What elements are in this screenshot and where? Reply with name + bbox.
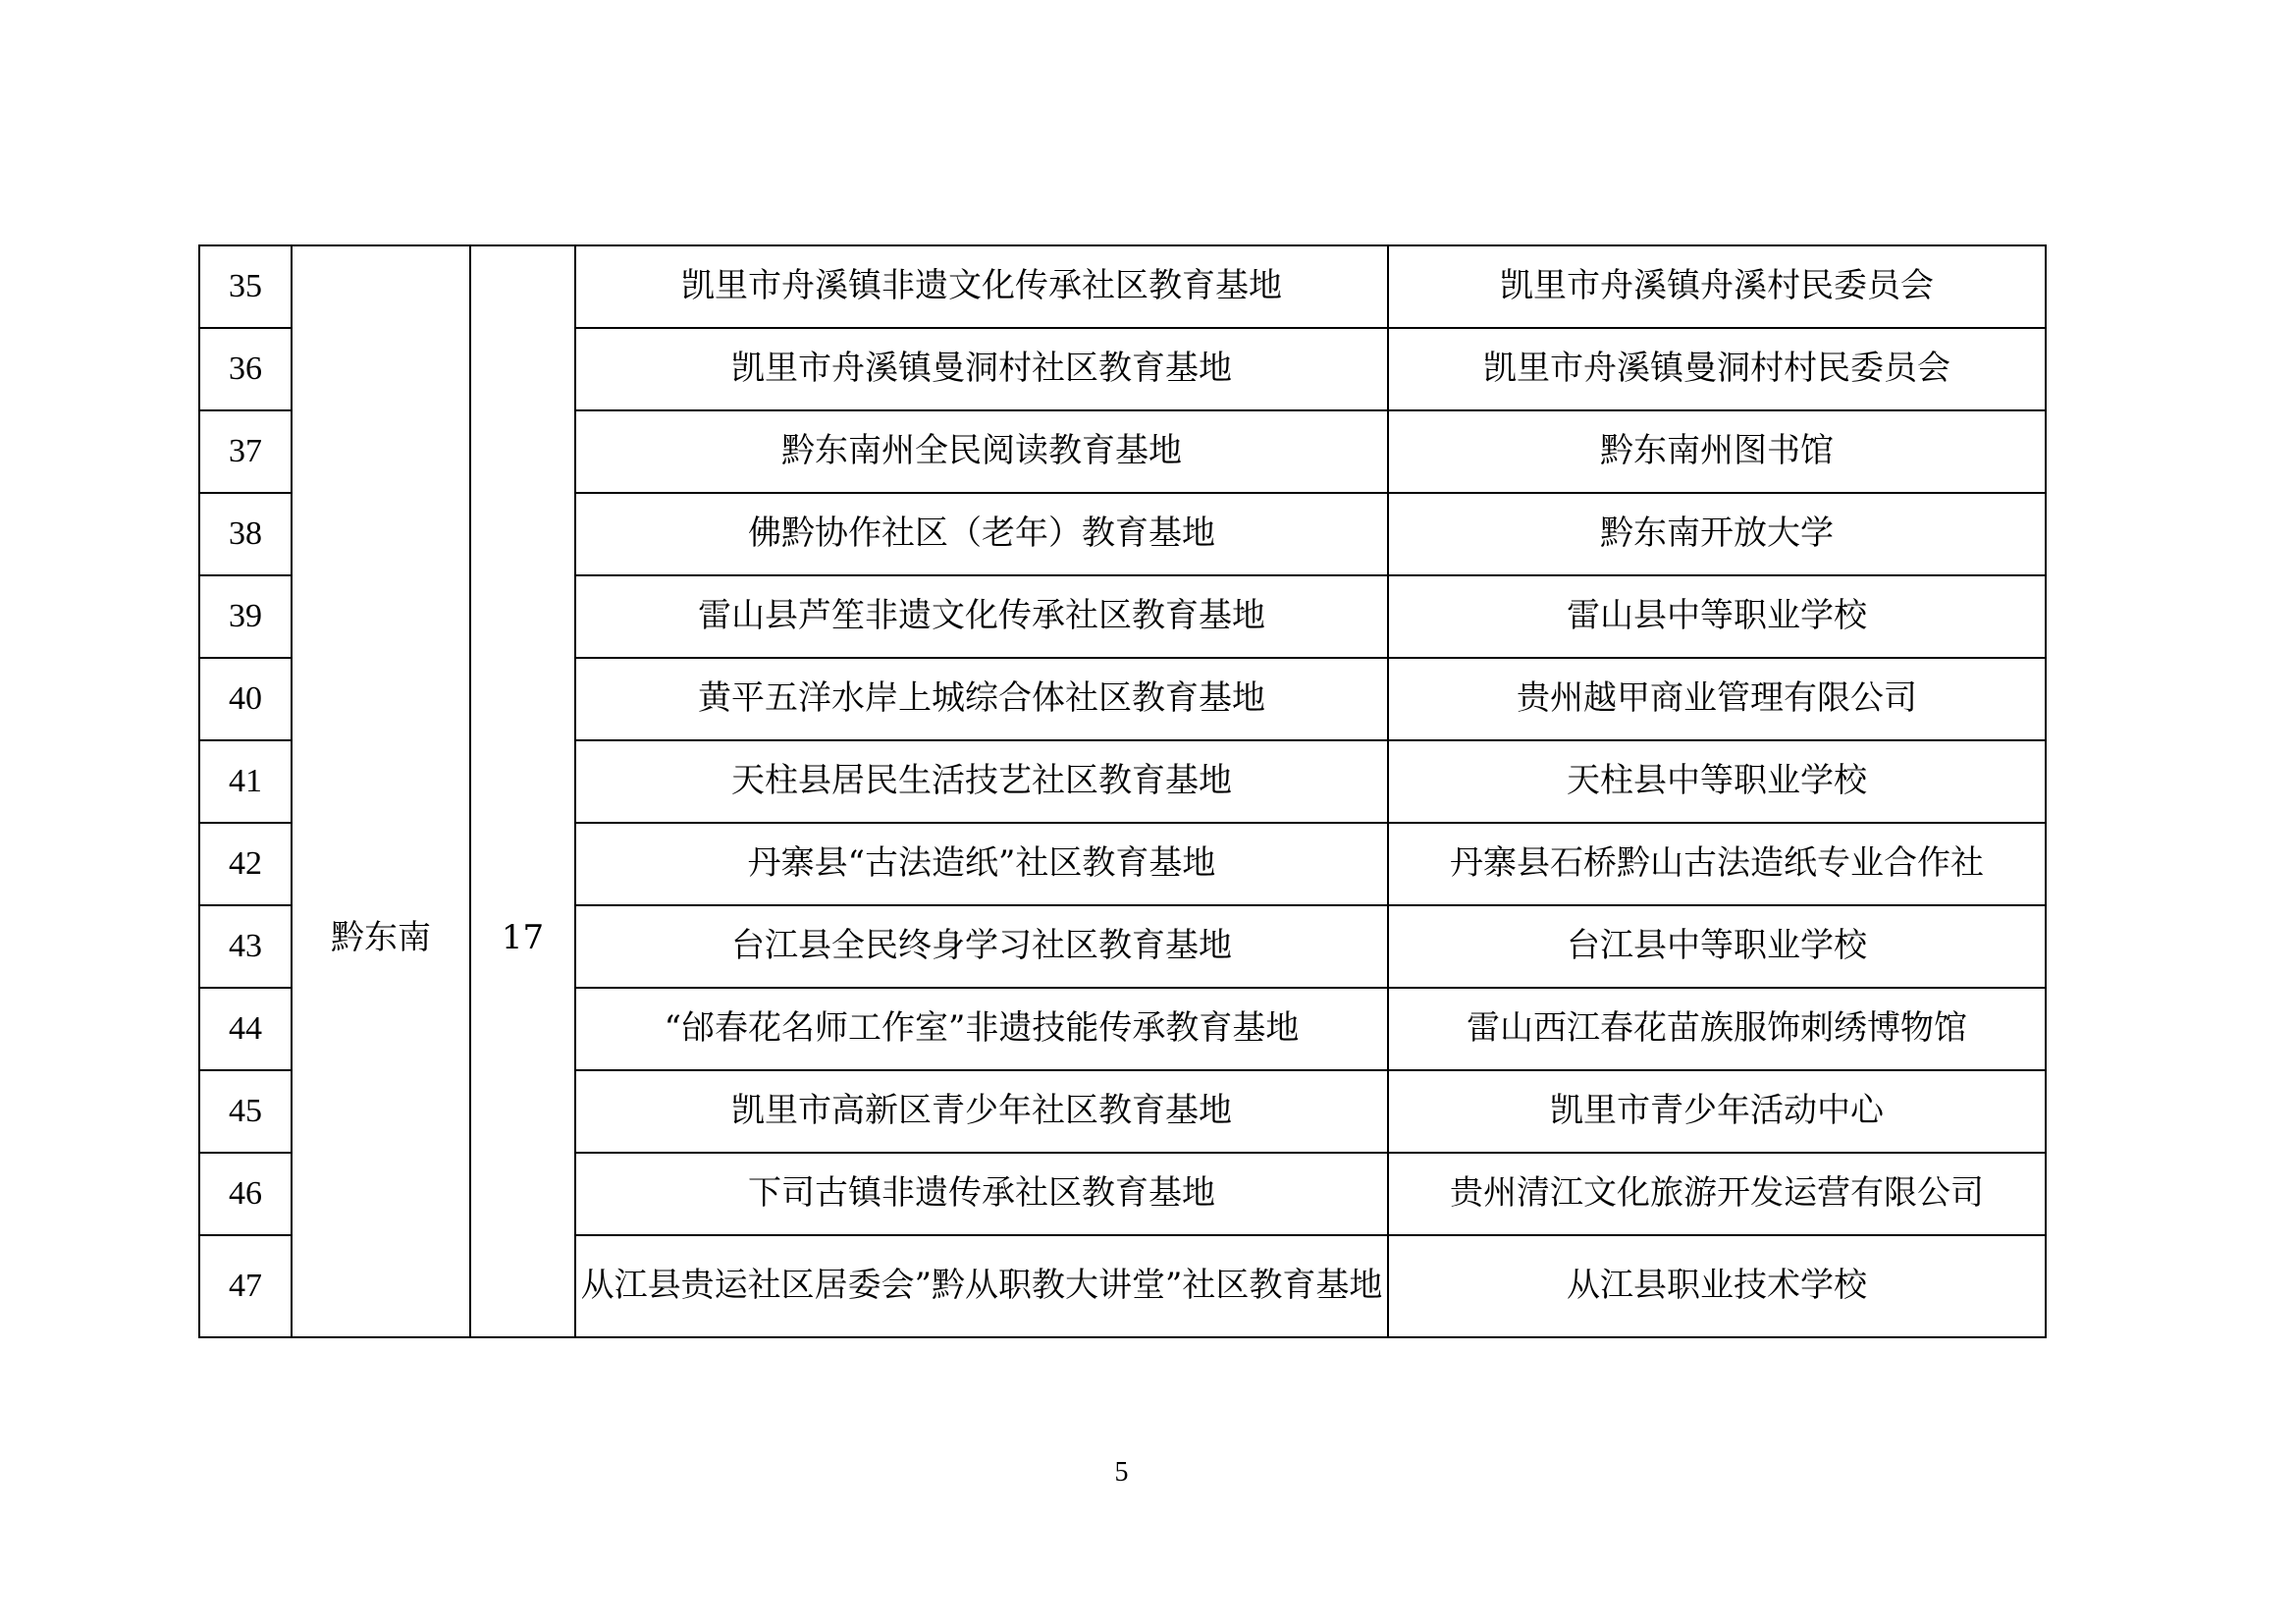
row-number-cell: 47 xyxy=(199,1235,292,1337)
row-number-cell: 41 xyxy=(199,740,292,823)
org-name-cell: 黔东南开放大学 xyxy=(1388,493,2046,575)
page-number: 5 xyxy=(198,1457,2045,1489)
region-count: 17 xyxy=(475,620,570,962)
org-name-cell: 凯里市舟溪镇曼洞村村民委员会 xyxy=(1388,328,2046,410)
org-name-cell: 黔东南州图书馆 xyxy=(1388,410,2046,493)
base-name-cell: 丹寨县“古法造纸”社区教育基地 xyxy=(575,823,1388,905)
row-number-cell: 44 xyxy=(199,988,292,1070)
org-name-cell: 贵州越甲商业管理有限公司 xyxy=(1388,658,2046,740)
base-name-cell: “邰春花名师工作室”非遗技能传承教育基地 xyxy=(575,988,1388,1070)
education-base-table: 35 黔东南 17 凯里市舟溪镇非遗文化传承社区教育基地 凯里市舟溪镇舟溪村民委… xyxy=(198,244,2047,1338)
row-number-cell: 42 xyxy=(199,823,292,905)
base-name-cell: 黄平五洋水岸上城综合体社区教育基地 xyxy=(575,658,1388,740)
row-number-cell: 45 xyxy=(199,1070,292,1153)
base-name-cell: 台江县全民终身学习社区教育基地 xyxy=(575,905,1388,988)
org-name-cell: 雷山县中等职业学校 xyxy=(1388,575,2046,658)
org-name-cell: 贵州清江文化旅游开发运营有限公司 xyxy=(1388,1153,2046,1235)
org-name-cell: 凯里市青少年活动中心 xyxy=(1388,1070,2046,1153)
row-number-cell: 37 xyxy=(199,410,292,493)
org-name-cell: 台江县中等职业学校 xyxy=(1388,905,2046,988)
row-number-cell: 35 xyxy=(199,245,292,328)
base-name-cell: 黔东南州全民阅读教育基地 xyxy=(575,410,1388,493)
base-name-cell: 凯里市舟溪镇非遗文化传承社区教育基地 xyxy=(575,245,1388,328)
row-number-cell: 36 xyxy=(199,328,292,410)
org-name-cell: 凯里市舟溪镇舟溪村民委员会 xyxy=(1388,245,2046,328)
row-number-cell: 46 xyxy=(199,1153,292,1235)
org-name-cell: 天柱县中等职业学校 xyxy=(1388,740,2046,823)
count-cell: 17 xyxy=(470,245,575,1337)
document-page: 35 黔东南 17 凯里市舟溪镇非遗文化传承社区教育基地 凯里市舟溪镇舟溪村民委… xyxy=(0,0,2296,1624)
base-name-cell: 佛黔协作社区（老年）教育基地 xyxy=(575,493,1388,575)
region-label: 黔东南 xyxy=(296,620,465,962)
base-name-cell: 从江县贵运社区居委会”黔从职教大讲堂”社区教育基地 xyxy=(575,1235,1388,1337)
base-name-cell: 雷山县芦笙非遗文化传承社区教育基地 xyxy=(575,575,1388,658)
row-number-cell: 40 xyxy=(199,658,292,740)
org-name-cell: 雷山西江春花苗族服饰刺绣博物馆 xyxy=(1388,988,2046,1070)
base-name-cell: 凯里市舟溪镇曼洞村社区教育基地 xyxy=(575,328,1388,410)
row-number-cell: 38 xyxy=(199,493,292,575)
base-name-cell: 下司古镇非遗传承社区教育基地 xyxy=(575,1153,1388,1235)
base-name-cell: 凯里市高新区青少年社区教育基地 xyxy=(575,1070,1388,1153)
org-name-cell: 丹寨县石桥黔山古法造纸专业合作社 xyxy=(1388,823,2046,905)
region-cell: 黔东南 xyxy=(292,245,470,1337)
org-name-cell: 从江县职业技术学校 xyxy=(1388,1235,2046,1337)
base-name-cell: 天柱县居民生活技艺社区教育基地 xyxy=(575,740,1388,823)
table-row: 35 黔东南 17 凯里市舟溪镇非遗文化传承社区教育基地 凯里市舟溪镇舟溪村民委… xyxy=(199,245,2046,328)
row-number-cell: 43 xyxy=(199,905,292,988)
row-number-cell: 39 xyxy=(199,575,292,658)
